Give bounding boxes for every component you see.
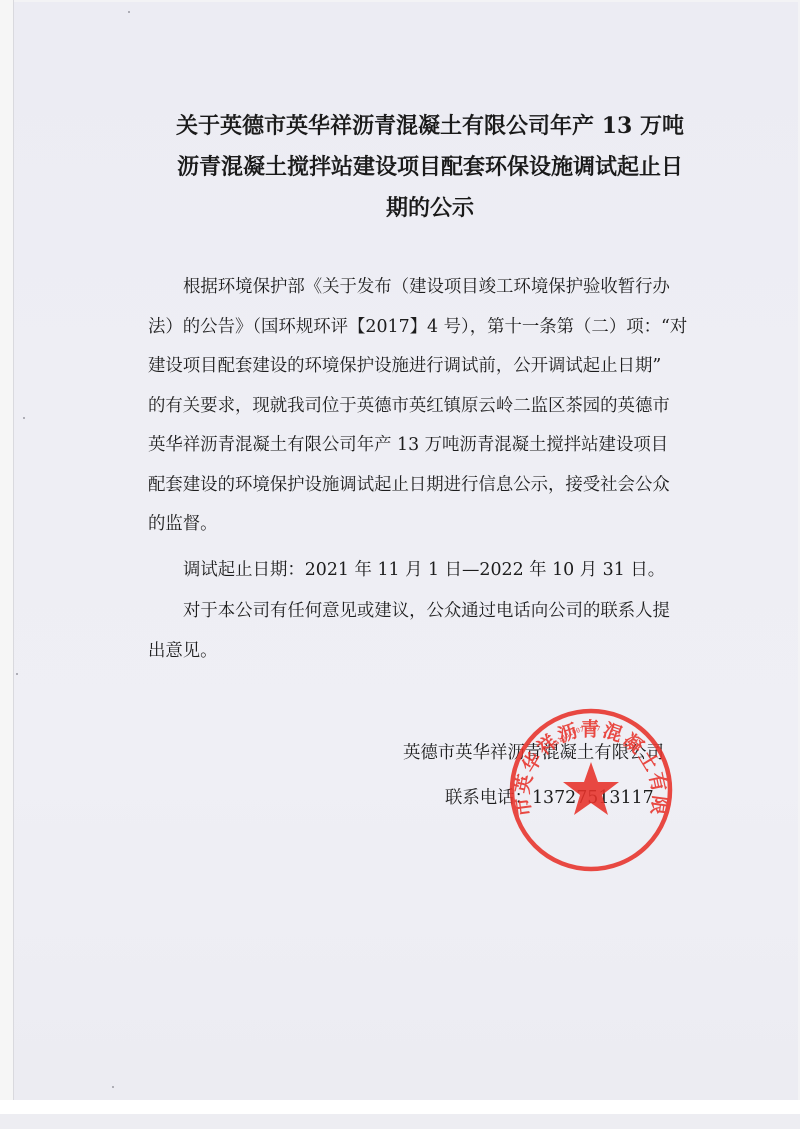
phone-label: 联系电话： bbox=[445, 788, 532, 808]
title-line: 关于英德市英华祥沥青混凝土有限公司年产 13 万吨 bbox=[140, 106, 720, 147]
scan-speck bbox=[112, 1086, 114, 1088]
scan-bottom-margin bbox=[0, 1100, 800, 1114]
body-line: 配套建设的环境保护设施调试起止日期进行信息公示，接受社会公众 bbox=[148, 466, 720, 506]
body-line: 根据环境保护部《关于发布（建设项目竣工环境保护验收暂行办 bbox=[148, 268, 720, 308]
body-line: 的有关要求，现就我司位于英德市英红镇原云岭二监区茶园的英德市 bbox=[148, 387, 720, 427]
phone-number: 13727513117 bbox=[532, 788, 654, 808]
feedback-line: 出意见。 bbox=[148, 632, 720, 672]
scan-bottom-edge bbox=[0, 1114, 800, 1129]
signature-company: 英德市英华祥沥青混凝土有限公司 bbox=[403, 738, 664, 763]
body-line: 建设项目配套建设的环境保护设施进行调试前，公开调试起止日期” bbox=[148, 347, 720, 387]
title-line: 期的公示 bbox=[140, 188, 720, 229]
debug-period: 调试起止日期：2021 年 11 月 1 日—2022 年 10 月 31 日。 bbox=[148, 551, 720, 591]
body-line: 的监督。 bbox=[148, 505, 720, 545]
scan-speck bbox=[23, 417, 25, 419]
scan-speck bbox=[128, 11, 130, 13]
title-line: 沥青混凝土搅拌站建设项目配套环保设施调试起止日 bbox=[140, 147, 720, 188]
body-line: 法）的公告》（国环规环评【2017】4 号），第十一条第（二）项：“对 bbox=[148, 308, 720, 348]
document-body: 根据环境保护部《关于发布（建设项目竣工环境保护验收暂行办 法）的公告》（国环规环… bbox=[148, 268, 720, 671]
feedback-line: 对于本公司有任何意见或建议，公众通过电话向公司的联系人提 bbox=[148, 592, 720, 632]
scan-left-margin bbox=[0, 0, 14, 1100]
scan-speck bbox=[16, 673, 18, 675]
signature-phone: 联系电话：13727513117 bbox=[445, 783, 654, 808]
body-line: 英华祥沥青混凝土有限公司年产 13 万吨沥青混凝土搅拌站建设项目 bbox=[148, 426, 720, 466]
document-title: 关于英德市英华祥沥青混凝土有限公司年产 13 万吨 沥青混凝土搅拌站建设项目配套… bbox=[140, 106, 720, 229]
